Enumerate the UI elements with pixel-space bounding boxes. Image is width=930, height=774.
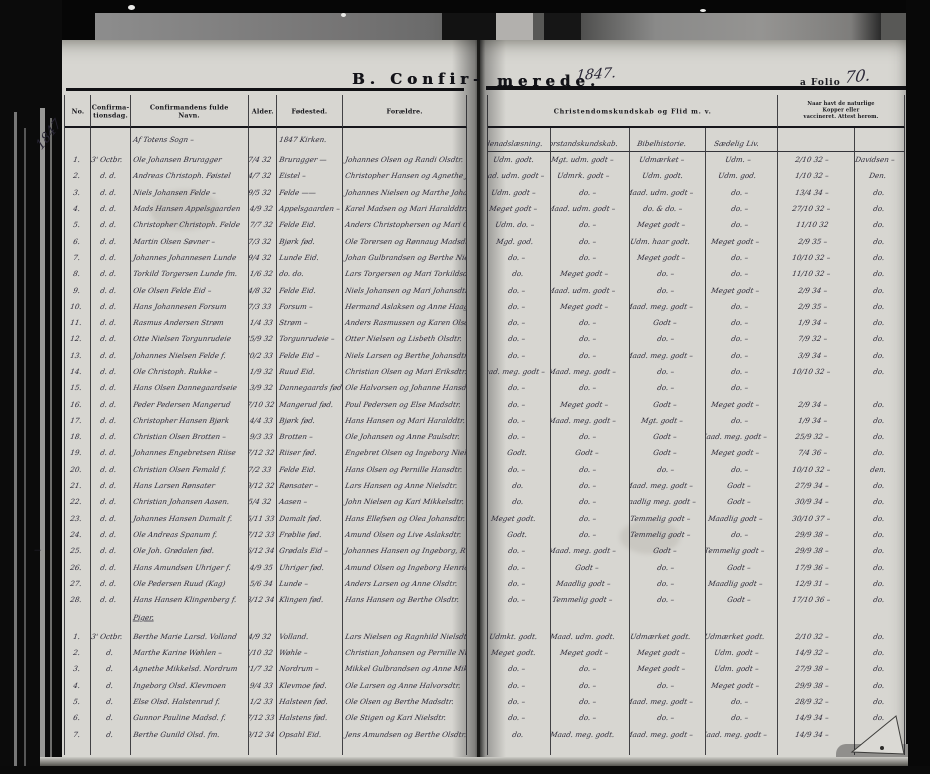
record-cell: Martin Olsen Søvner – [131, 233, 249, 249]
cell: Temmelig godt – [551, 592, 630, 608]
handwritten-text: 23/12 34 [249, 596, 275, 604]
cell: Maadlig godt – [706, 576, 778, 592]
handwritten-text: Udmærket godt. [630, 633, 691, 641]
cell: 11/10 32 [778, 217, 855, 233]
handwritten-text: 2. [73, 649, 81, 657]
cell: Meget godt – [488, 201, 551, 217]
cell: Maad. meg. godt. [551, 727, 630, 743]
handwritten-text: Otter Nielsen og Lisbeth Olsdtr. [344, 336, 462, 344]
handwritten-text: do. – [508, 580, 526, 588]
right-page-table: Christendomskundskab og Flid m. v. Naar … [487, 95, 905, 755]
photo-right-margin [906, 0, 930, 774]
handwritten-text: Af Totens Sogn – [132, 136, 194, 144]
handwritten-text: Niels Johansen og Mari Johansdtr. [344, 287, 467, 295]
record-cell: 7/3 32 [249, 233, 277, 249]
record-cell: Bruragger — [277, 152, 343, 168]
handwritten-text: Godt – [652, 401, 677, 409]
handwritten-text: Christian Olsen Brotten – [132, 433, 226, 441]
record-cell: d. [91, 710, 131, 726]
record-cell: Johannes Hansen Damalt f. [131, 511, 249, 527]
handwritten-text: Agnethe Mikkelsd. Nordrum [132, 665, 237, 673]
column-header-text: Naar havt de naturlige Kopper eller vacc… [797, 101, 885, 120]
record-cell: Hans Olsen og Pernille Hansdtr. [343, 462, 467, 478]
cell: 2/10 32 – [778, 152, 855, 168]
handwritten-text: do. – [508, 319, 526, 327]
handwritten-text: Aasen – [278, 499, 307, 507]
record-cell: 9/5 32 [249, 185, 277, 201]
record-cell: 14/4 33 [249, 413, 277, 429]
cell [551, 743, 630, 755]
handwritten-text: Meget godt – [637, 665, 686, 673]
handwritten-text: Udenadslæsning. [488, 140, 544, 148]
handwritten-text: 14/9 35 [249, 564, 274, 572]
record-cell: Hans Hansen og Berthe Olsdtr. [343, 592, 467, 608]
handwritten-text: 27/12 33 [249, 715, 275, 723]
record-cell: do. do. [277, 266, 343, 282]
record-cell: Bjørk fød. [277, 233, 343, 249]
handwritten-text: Maad. meg. godt – [551, 417, 616, 425]
handwritten-text: do. [872, 222, 884, 230]
handwritten-text: 24. [70, 531, 83, 539]
handwritten-text: den. [869, 466, 886, 474]
handwritten-text: 6/10 32 [249, 649, 274, 657]
cell: do. [488, 266, 551, 282]
record-cell: Hans Hansen og Mari Haralddtr. [343, 413, 467, 429]
handwritten-text: Bruragger — [278, 156, 327, 164]
handwritten-text: Meget godt – [488, 205, 537, 213]
handwritten-text: Maad. udm. godt – [488, 173, 545, 181]
record-cell: Christian Johansen Aasen. [131, 494, 249, 510]
cell: do. – [488, 315, 551, 331]
handwritten-text: 2/10 32 – [795, 156, 830, 164]
row-number [65, 743, 91, 755]
record-cell: 13/9 32 [249, 380, 277, 396]
left-page-table: No. Confirma- tionsdag. Confirmandens fu… [64, 95, 467, 755]
record-cell: 7/2 33 [249, 462, 277, 478]
page-edge-line [40, 108, 45, 774]
record-cell: 3' Octbr. [91, 152, 131, 168]
cell [488, 608, 551, 628]
handwritten-text: 27/12 32 [249, 450, 275, 458]
handwritten-text: Lunde – [278, 580, 308, 588]
cell: Maad. meg. godt – [706, 429, 778, 445]
handwritten-text: Godt – [652, 547, 677, 555]
handwritten-text: 17/12 33 [249, 531, 275, 539]
handwritten-text: Udmrk. godt – [557, 173, 610, 181]
row-number: 7. [65, 250, 91, 266]
record-cell: 15/11 33 [249, 511, 277, 527]
record-cell: Dannegaards fød. [277, 380, 343, 396]
handwritten-text: do. – [508, 384, 526, 392]
cell: 2/10 32 – [778, 628, 855, 644]
cell: do. – [488, 413, 551, 429]
handwritten-text: do. – [730, 270, 748, 278]
cell: 14/9 32 – [778, 645, 855, 661]
cell: do. [855, 628, 905, 644]
handwritten-text: Gunnor Pauline Madsd. f. [132, 715, 226, 723]
record-cell: Rønsater – [277, 478, 343, 494]
handwritten-text: do. – [730, 384, 748, 392]
handwritten-text: do. – [579, 682, 597, 690]
handwritten-text: 15/11 33 [249, 515, 275, 523]
handwritten-text: do. – [579, 319, 597, 327]
cell: Meget godt – [551, 266, 630, 282]
handwritten-text: Maad. meg. godt – [488, 368, 545, 376]
record-cell: d. d. [91, 494, 131, 510]
cell: do. – [706, 299, 778, 315]
handwritten-text: do. – [730, 466, 748, 474]
record-cell [91, 743, 131, 755]
record-cell: d. d. [91, 559, 131, 575]
handwritten-text: do. [872, 205, 884, 213]
cell: do. [855, 315, 905, 331]
record-cell: 14/9 32 [249, 201, 277, 217]
record-cell: Lars Nielsen og Ragnhild Nielsdtr. [343, 628, 467, 644]
cell: do. [855, 201, 905, 217]
handwritten-text: Otte Nielsen Torgunrudeie [132, 336, 231, 344]
cell: do. – [630, 677, 706, 693]
handwritten-text: Lunde Eid. [278, 254, 319, 262]
cell: do. [855, 233, 905, 249]
row-number: 27. [65, 576, 91, 592]
cell: do. [855, 694, 905, 710]
handwritten-text: 9/5 32 [249, 189, 272, 197]
record-cell: d. d. [91, 445, 131, 461]
handwritten-text: do. [872, 515, 884, 523]
handwritten-text: 7/3 33 [249, 303, 272, 311]
handwritten-text: 2. [73, 173, 81, 181]
handwritten-text: Poul Pedersen og Else Madsdtr. [344, 401, 461, 409]
handwritten-text: 1/10 32 – [795, 173, 830, 181]
record-cell: d. d. [91, 543, 131, 559]
handwritten-text: Ingeborg Olsd. Klevmoen [132, 682, 226, 690]
record-cell: 14/9 35 [249, 559, 277, 575]
handwritten-text: 10/10 32 – [792, 368, 831, 376]
cell: Godt – [706, 494, 778, 510]
handwritten-text: Johan Gulbrandsen og Berthe Nielsdtr. [344, 254, 467, 262]
row-number: 1. [65, 152, 91, 168]
handwritten-text: d. [106, 682, 114, 690]
handwritten-text: Riiser fød. [278, 450, 317, 458]
row-number: 5. [65, 694, 91, 710]
page-corner-fold [844, 712, 910, 762]
handwritten-text: do. – [656, 580, 674, 588]
handwritten-text: 1. [73, 633, 81, 641]
handwritten-text: Maad. meg. godt – [630, 352, 694, 360]
row-number: 18. [65, 429, 91, 445]
handwritten-text: do. – [508, 336, 526, 344]
record-cell: Frøblie fød. [277, 527, 343, 543]
cell: Udmkt. godt. [488, 628, 551, 644]
cell: Meget godt – [551, 299, 630, 315]
record-cell: Lars Torgersen og Mari Torkildsdtr. [343, 266, 467, 282]
cell: do. – [488, 396, 551, 412]
handwritten-text: Hans Olsen og Pernille Hansdtr. [344, 466, 462, 474]
cell: Maad. meg. godt – [706, 727, 778, 743]
handwritten-text: do. – [656, 715, 674, 723]
cell: Maad. meg. godt – [630, 348, 706, 364]
record-cell: Wøhle – [277, 645, 343, 661]
cell: Meget godt – [630, 217, 706, 233]
handwritten-text: Bibelhistorie. [636, 140, 686, 148]
handwritten-text: 17/7 32 [249, 222, 274, 230]
handwritten-text: Maad. meg. godt – [630, 482, 694, 490]
cell: Udm. godt – [488, 185, 551, 201]
handwritten-text: d. d. [100, 222, 117, 230]
cell: do. – [488, 348, 551, 364]
cell: do. – [706, 380, 778, 396]
handwritten-text: Karel Madsen og Mari Haralddtr. [344, 205, 467, 213]
cell: do. – [551, 331, 630, 347]
handwritten-text: Halsteen fød. [278, 698, 328, 706]
row-number: 11. [65, 315, 91, 331]
handwritten-text: do. – [730, 303, 748, 311]
record-cell: Gunnor Pauline Madsd. f. [131, 710, 249, 726]
handwritten-text: Opsahl Eid. [278, 731, 321, 739]
handwritten-text: do. [512, 270, 524, 278]
cell: Mgd. god. [488, 233, 551, 249]
record-cell: Lunde – [277, 576, 343, 592]
cell: 7/4 36 – [778, 445, 855, 461]
record-cell: Rasmus Andersen Strøm [131, 315, 249, 331]
record-cell: d. d. [91, 282, 131, 298]
cell: Meget godt – [706, 396, 778, 412]
record-cell: 7/4 32 [249, 152, 277, 168]
cell: Meget godt – [630, 250, 706, 266]
cell: do. – [551, 429, 630, 445]
handwritten-text: Torkild Torgersen Lunde fm. [132, 270, 237, 278]
handwritten-text: do. – [508, 287, 526, 295]
handwritten-text: d. d. [100, 499, 117, 507]
record-cell: Anders Rasmussen og Karen Olsdtr. [343, 315, 467, 331]
record-cell: d. d. [91, 462, 131, 478]
handwritten-text: 30/9 34 – [795, 499, 830, 507]
handwritten-text: Maadlig meg. godt – [630, 499, 696, 507]
handwritten-text: Udmkt. godt. [488, 633, 537, 641]
cell: do. – [488, 694, 551, 710]
record-cell: Ole Johansen Bruragger [131, 152, 249, 168]
handwritten-text: Anders Larsen og Anne Olsdtr. [344, 580, 457, 588]
row-number: 12. [65, 331, 91, 347]
record-cell: d. d. [91, 331, 131, 347]
record-cell: 1847 Kirken. [277, 128, 343, 152]
handwritten-text: Godt – [652, 450, 677, 458]
record-cell: 17/7 32 [249, 217, 277, 233]
cell: 17/10 36 – [778, 592, 855, 608]
record-cell: Ole Olsen Felde Eid – [131, 282, 249, 298]
cell: do. [855, 559, 905, 575]
cell: Udm. god. [706, 168, 778, 184]
record-cell: d. [91, 727, 131, 743]
cell: Forstandskundskab. [551, 128, 630, 152]
record-cell: Aasen – [277, 494, 343, 510]
row-number: 13. [65, 348, 91, 364]
handwritten-text: 1. [73, 156, 81, 164]
record-cell: Halsteen fød. [277, 694, 343, 710]
handwritten-text: d. d. [100, 368, 117, 376]
cell [778, 380, 855, 396]
record-cell: Felde —— [277, 185, 343, 201]
handwritten-text: Maad. udm. godt – [551, 205, 616, 213]
handwritten-text: d. d. [100, 401, 117, 409]
margin-dash: — [33, 546, 41, 554]
handwritten-text: Hans Hansen og Berthe Olsdtr. [344, 596, 459, 604]
handwritten-text: do. – [656, 287, 674, 295]
cell: do. – [488, 380, 551, 396]
record-cell: d. d. [91, 380, 131, 396]
handwritten-text: Maad. udm. godt – [551, 287, 616, 295]
handwritten-text: do. [872, 189, 884, 197]
handwritten-text: Temmelig godt – [630, 515, 691, 523]
handwritten-text: do. – [656, 384, 674, 392]
column-header-full-name: Confirmandens fulde Navn. [131, 95, 249, 128]
row-number: 3. [65, 661, 91, 677]
cell: do. – [706, 348, 778, 364]
handwritten-text: 19/12 32 [249, 482, 275, 490]
handwritten-text: do. [872, 649, 884, 657]
handwritten-text: d. d. [100, 417, 117, 425]
handwritten-text: Klevmoe fød. [278, 682, 327, 690]
cell: do. – [706, 462, 778, 478]
cell: 29/9 38 – [778, 527, 855, 543]
row-number: 2. [65, 168, 91, 184]
handwritten-text: do. – [508, 303, 526, 311]
handwritten-text: d. d. [100, 433, 117, 441]
row-number: 3. [65, 185, 91, 201]
column-header-smallpox-vaccination: Naar havt de naturlige Kopper eller vacc… [778, 95, 905, 128]
handwritten-text: Rønsater – [278, 482, 318, 490]
cell: Sædelig Liv. [706, 128, 778, 152]
handwritten-text: Ole Johansen Bruragger [132, 156, 222, 164]
record-cell: d. d. [91, 233, 131, 249]
cell: do. – [551, 677, 630, 693]
row-number: 6. [65, 710, 91, 726]
cell: 11/10 32 – [778, 266, 855, 282]
cell: do. [855, 576, 905, 592]
cell: Godt. [488, 445, 551, 461]
cell: do. [855, 299, 905, 315]
handwritten-text: do. [512, 499, 524, 507]
record-cell: Christian Johansen og Pernille Nielsdtr. [343, 645, 467, 661]
cell: Den. [855, 168, 905, 184]
handwritten-text: 7/4 36 – [797, 450, 827, 458]
record-cell: Hermand Aslaksen og Anne Haagensdtr. [343, 299, 467, 315]
handwritten-text: 22. [70, 499, 83, 507]
cell: do. – [488, 462, 551, 478]
handwritten-text: do. [872, 482, 884, 490]
bookmark-tab [496, 13, 533, 43]
record-cell: d. d. [91, 413, 131, 429]
cell: do. – [551, 315, 630, 331]
cell: 25/9 32 – [778, 429, 855, 445]
cell: do. [855, 445, 905, 461]
record-cell: 27/12 32 [249, 445, 277, 461]
cell: do. – [706, 710, 778, 726]
record-cell: 15/6 34 [249, 576, 277, 592]
column-header-text: Christendomskundskab og Flid m. v. [554, 107, 712, 115]
cell: Godt – [630, 396, 706, 412]
handwritten-text: do. – [579, 515, 597, 523]
handwritten-text: Udm. do. – [494, 222, 534, 230]
book-top-shadow [544, 13, 581, 42]
cell: Maad. meg. godt – [551, 413, 630, 429]
column-header-birthplace: Fødested. [277, 95, 343, 128]
record-cell [277, 743, 343, 755]
record-cell: Ole Christoph. Rukke – [131, 364, 249, 380]
handwritten-text: d. d. [100, 515, 117, 523]
cell: do. [855, 413, 905, 429]
record-cell: d. [91, 677, 131, 693]
column-header-text: Alder. [252, 107, 274, 115]
handwritten-text: do. – [508, 596, 526, 604]
cell: do. [488, 727, 551, 743]
cell: do. [855, 331, 905, 347]
handwritten-text: do. [872, 433, 884, 441]
cell: do. – [706, 250, 778, 266]
handwritten-text: 6. [73, 238, 81, 246]
record-cell: Otter Nielsen og Lisbeth Olsdtr. [343, 331, 467, 347]
record-cell: d. d. [91, 185, 131, 201]
record-cell: Peder Pedersen Mangerud [131, 396, 249, 412]
cell: Meget godt – [630, 661, 706, 677]
cell: do. – [706, 413, 778, 429]
cell: Udmrk. godt – [551, 168, 630, 184]
handwritten-text: Godt. [506, 450, 527, 458]
cell: 2/9 34 – [778, 396, 855, 412]
handwritten-text: 14/9 32 [249, 205, 274, 213]
cell: Godt – [706, 592, 778, 608]
record-cell: Niels Larsen og Berthe Johansdtr. [343, 348, 467, 364]
handwritten-text: Christian Olsen Femald f. [132, 466, 226, 474]
record-cell: Niels Johansen Felde – [131, 185, 249, 201]
cell: Maad. udm. godt – [551, 282, 630, 298]
cell: Godt – [630, 429, 706, 445]
cell: do. [855, 217, 905, 233]
record-cell: d. d. [91, 396, 131, 412]
cell: Maad. meg. godt – [630, 478, 706, 494]
cell: Godt. [488, 527, 551, 543]
record-cell: Hans Ellefsen og Olea Johansdtr. [343, 511, 467, 527]
handwritten-text: Christopher Hansen og Agnethe Johansdtr. [344, 173, 467, 181]
handwritten-text: 17. [70, 417, 83, 425]
cell: do. [855, 592, 905, 608]
handwritten-text: 19. [70, 450, 83, 458]
record-cell: Ole Halvorsen og Johanne Hansdtr. [343, 380, 467, 396]
cell: Godt – [706, 559, 778, 575]
handwritten-text: Godt – [575, 564, 600, 572]
handwritten-text: Johannes Hansen og Ingeborg, Ruud fm. [344, 547, 467, 555]
cell: do. – [551, 250, 630, 266]
cell: do. – [488, 543, 551, 559]
cell: do. – [551, 462, 630, 478]
record-cell: d. d. [91, 168, 131, 184]
handwritten-text: 7. [73, 731, 81, 739]
handwritten-text: Dannegaards fød. [278, 384, 343, 392]
handwritten-text: do. – [508, 466, 526, 474]
handwritten-text: 27/10 32 – [792, 205, 831, 213]
handwritten-text: Ole Johansen og Anne Paulsdtr. [344, 433, 460, 441]
record-cell: 19/4 33 [249, 677, 277, 693]
record-cell: Berthe Gunild Olsd. fm. [131, 727, 249, 743]
handwritten-text: Ole Halvorsen og Johanne Hansdtr. [344, 384, 467, 392]
handwritten-text: Christopher Christoph. Felde [132, 222, 240, 230]
handwritten-text: Johannes Nielsen Felde f. [132, 352, 226, 360]
handwritten-text: d. d. [100, 564, 117, 572]
handwritten-text: do. [872, 531, 884, 539]
cell [706, 608, 778, 628]
cell [855, 128, 905, 152]
record-cell: Mads Hansen Appelsgaarden [131, 201, 249, 217]
